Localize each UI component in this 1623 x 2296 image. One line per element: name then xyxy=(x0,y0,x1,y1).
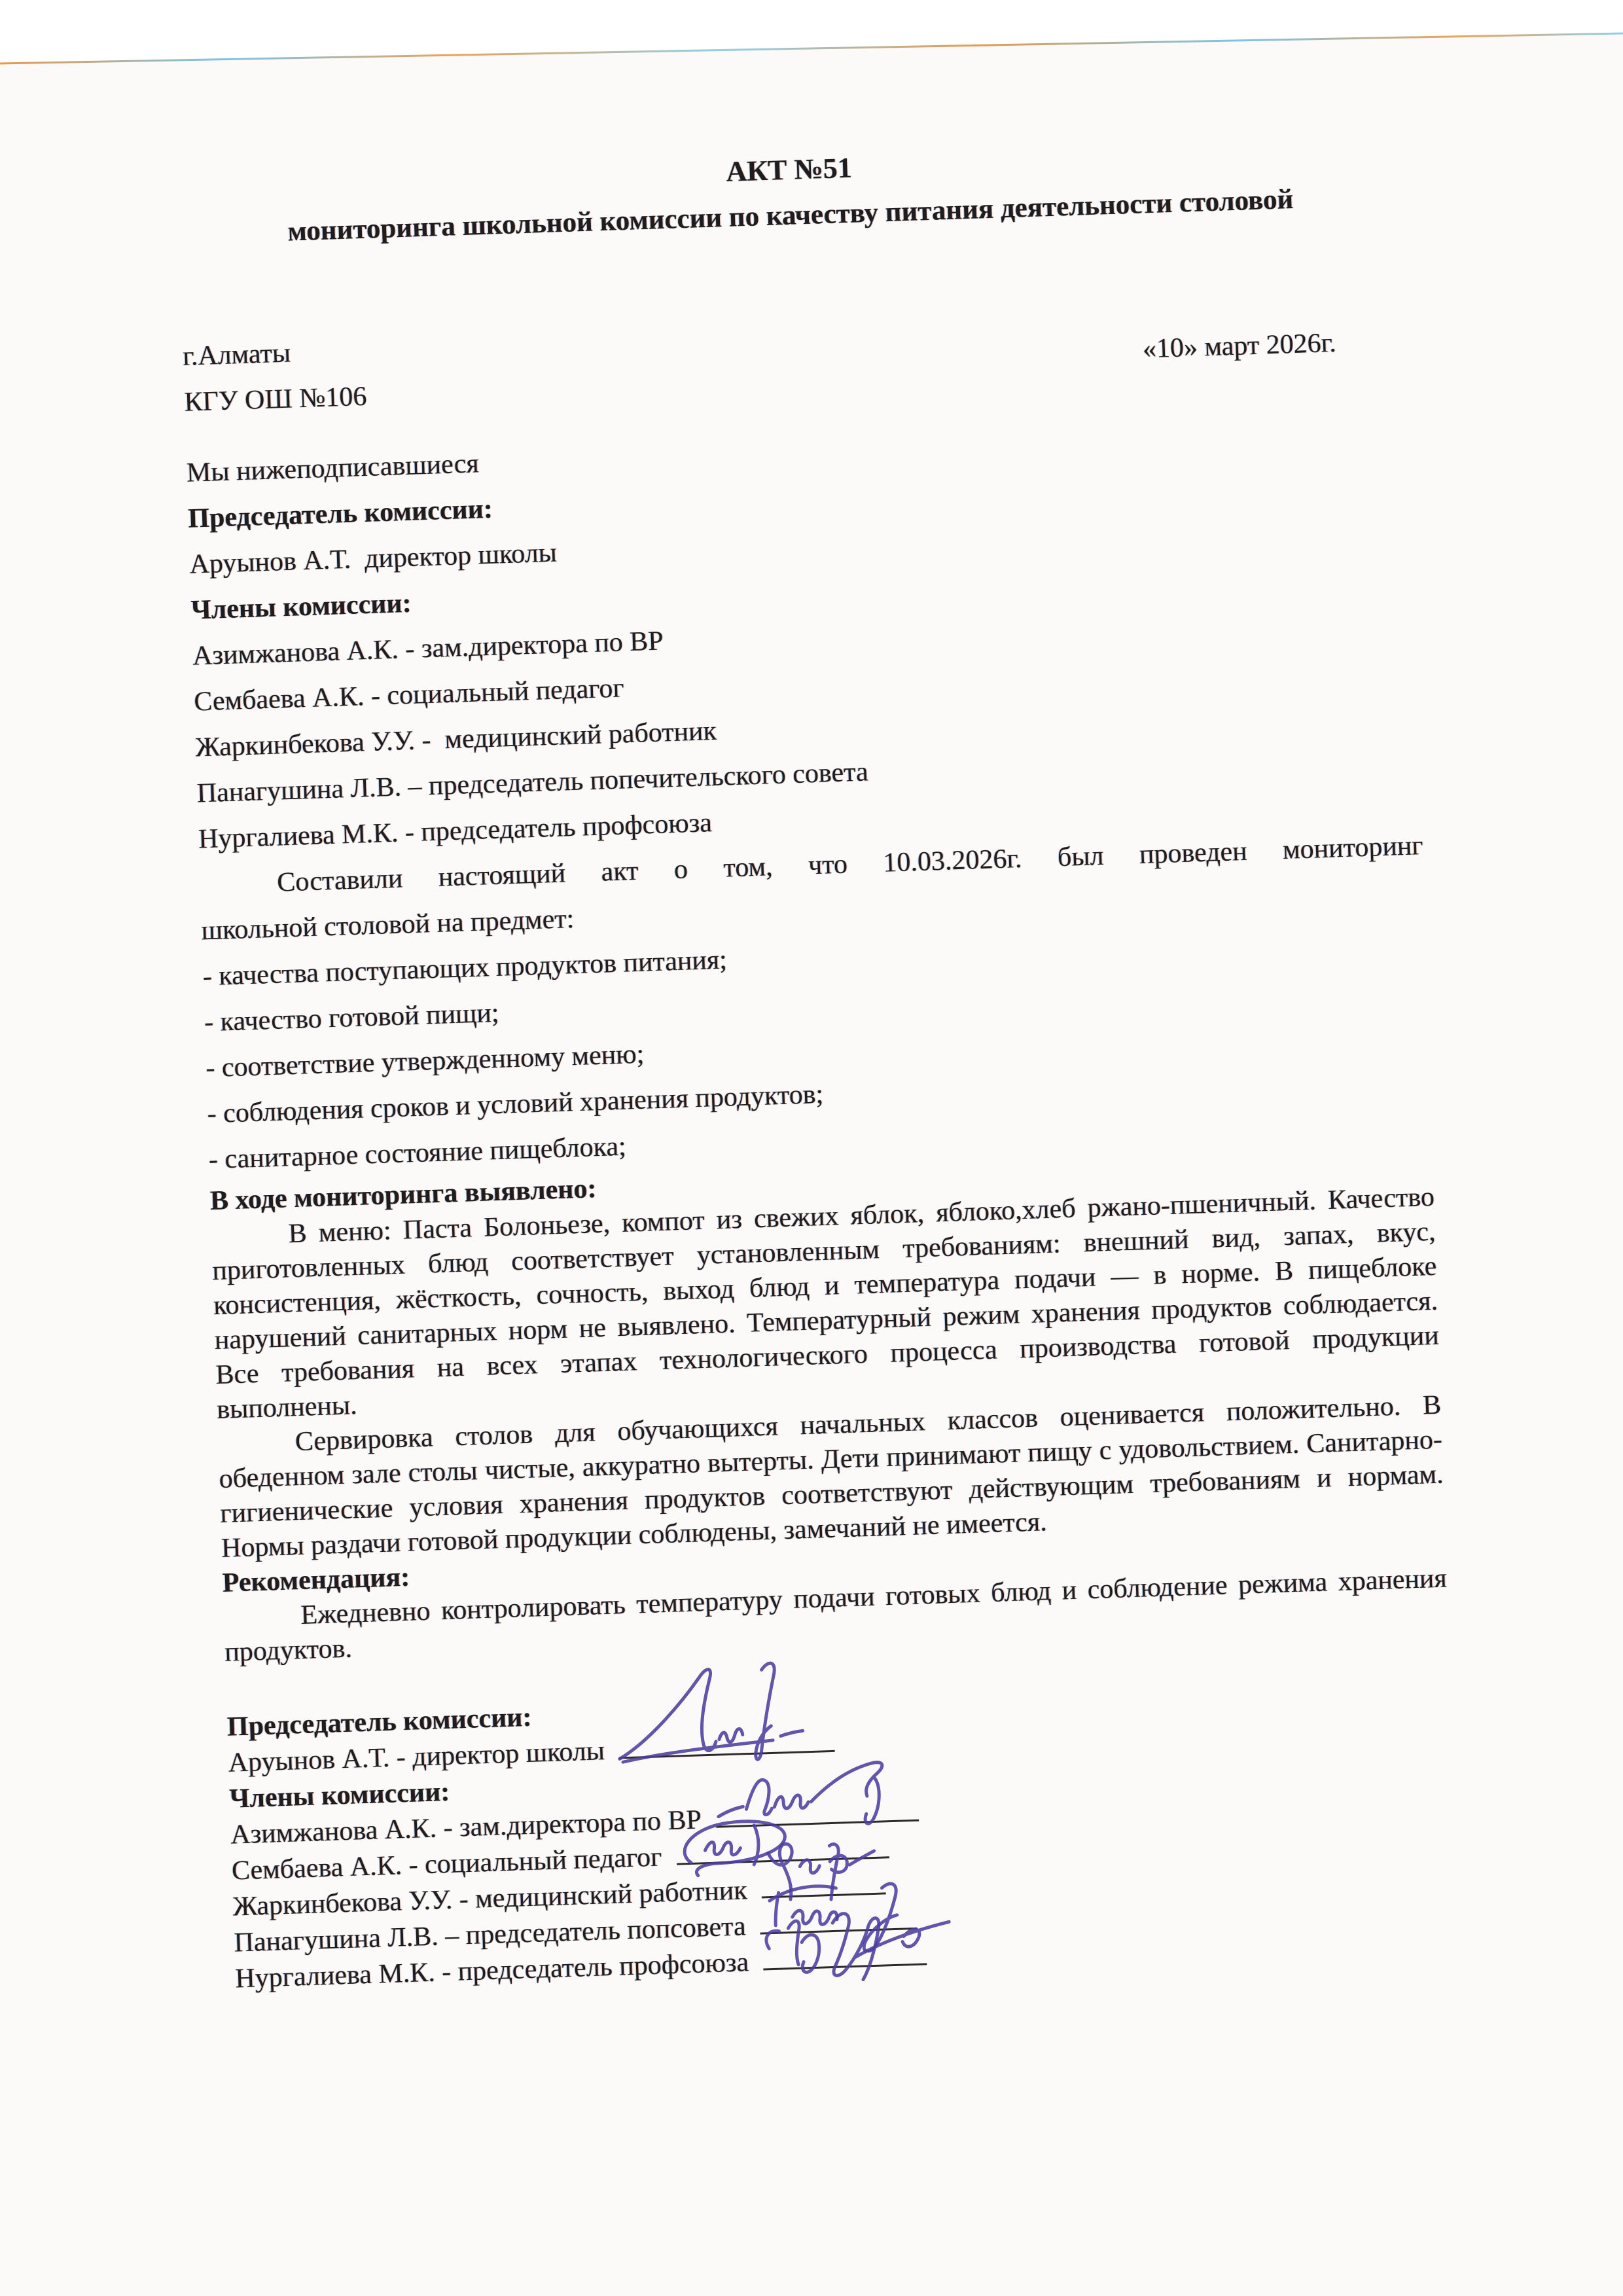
signature-line xyxy=(763,1956,927,1970)
signature-block: Председатель комиссии: Аруынов А.Т. - ди… xyxy=(226,1670,1459,1997)
signature-line xyxy=(716,1813,919,1828)
document-content: АКТ №51 мониторинга школьной комиссии по… xyxy=(177,128,1459,1998)
signature-line xyxy=(619,1744,835,1759)
signature-line xyxy=(760,1921,918,1935)
signature-line xyxy=(762,1886,886,1898)
signature-line xyxy=(676,1850,889,1865)
scan-edge-artifact xyxy=(0,0,1623,79)
meta-block: г.Алматы КГУ ОШ №106 «10» март 2026г. xyxy=(182,294,1408,425)
paper-edge-highlight xyxy=(0,0,1623,63)
findings-paragraph-1: В меню: Паста Болоньезе, компот из свежи… xyxy=(211,1180,1440,1427)
date-line: «10» март 2026г. xyxy=(1142,320,1337,372)
scanned-document-page: АКТ №51 мониторинга школьной комиссии по… xyxy=(0,0,1623,2296)
